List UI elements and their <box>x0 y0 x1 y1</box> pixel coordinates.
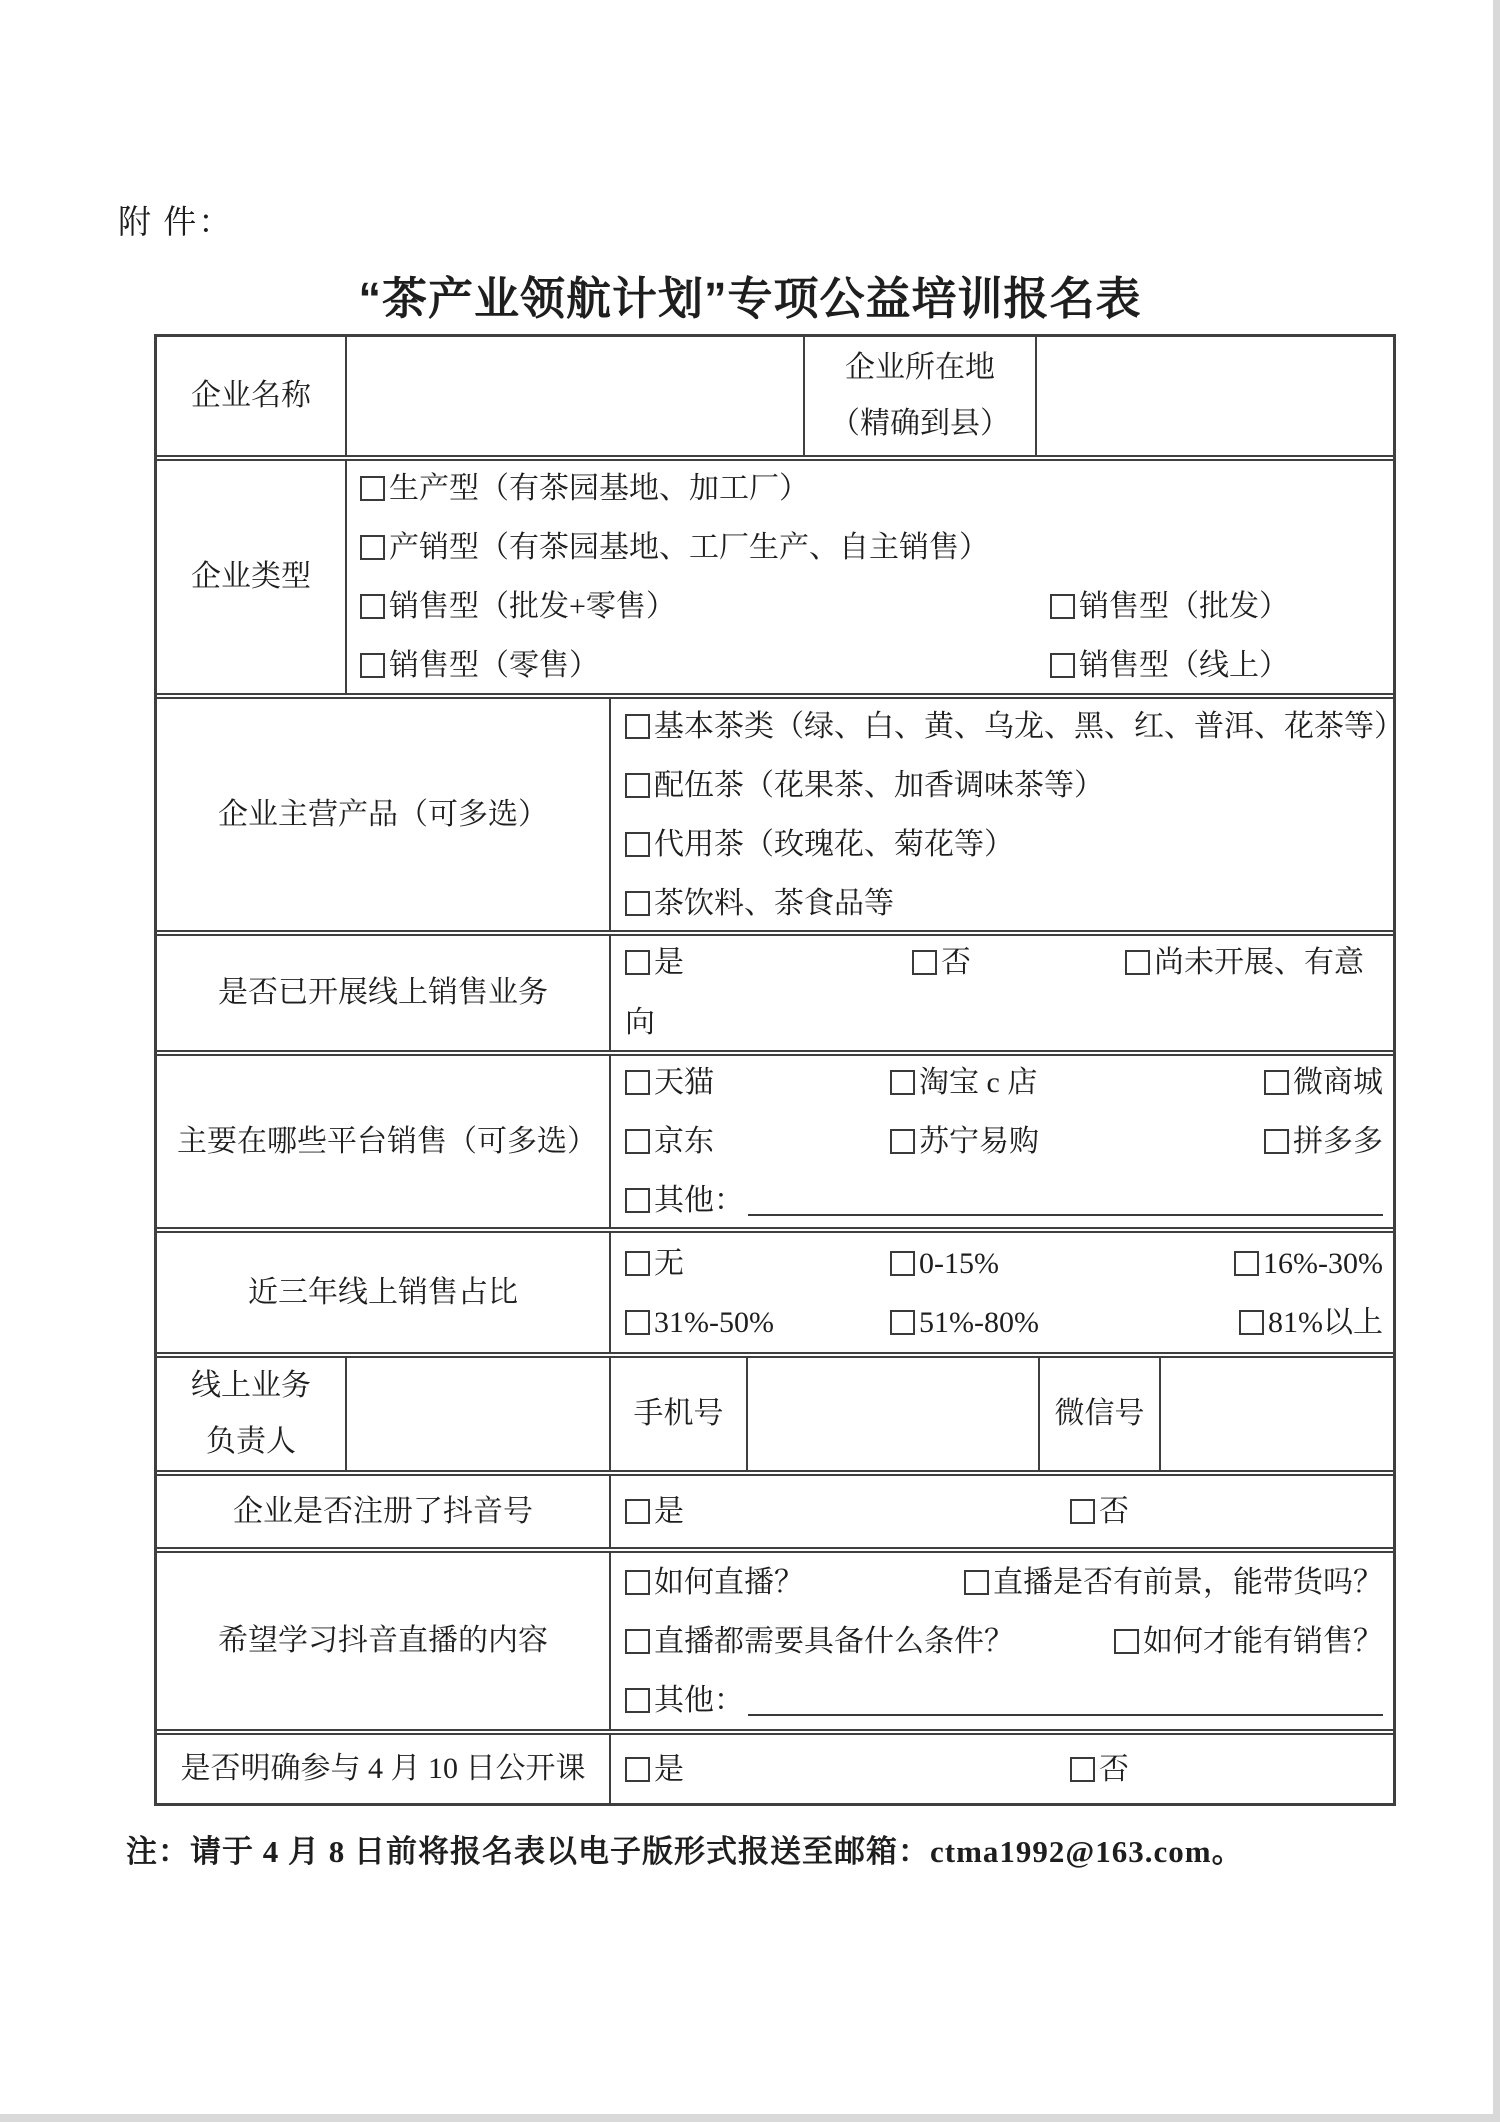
option-label: 销售型（批发+零售） <box>389 590 676 623</box>
checkbox-icon[interactable] <box>625 773 650 798</box>
checkbox-icon[interactable] <box>360 476 385 501</box>
option-line: 产销型（有茶园基地、工厂生产、自主销售） <box>347 518 1393 577</box>
option-line: 生产型（有茶园基地、加工厂） <box>347 461 1393 518</box>
checkbox-icon[interactable] <box>890 1129 915 1154</box>
wechat-label: 微信号 <box>1040 1358 1161 1470</box>
row-online-sales-ratio: 近三年线上销售占比 无 0-15% 16%-30% 31%-50% 51%-80… <box>157 1227 1393 1352</box>
option-label: 如何直播？ <box>654 1566 804 1599</box>
option-label: 否 <box>941 946 971 979</box>
option-line: 销售型（批发+零售） 销售型（批发） <box>347 577 1393 636</box>
main-products-label: 企业主营产品（可多选） <box>157 699 611 930</box>
footer-note: 注：请于 4 月 8 日前将报名表以电子版形式报送至邮箱：ctma1992@16… <box>126 1826 1244 1871</box>
checkbox-icon[interactable] <box>964 1570 989 1595</box>
option-line-other: 其他： <box>611 1671 1393 1730</box>
company-name-input[interactable] <box>347 337 805 455</box>
row-online-manager: 线上业务 负责人 手机号 微信号 <box>157 1352 1393 1470</box>
online-sales-ratio-options: 无 0-15% 16%-30% 31%-50% 51%-80% 81%以上 <box>611 1233 1393 1352</box>
row-douyin-account: 企业是否注册了抖音号 是 否 <box>157 1470 1393 1547</box>
option-label: 31%-50% <box>654 1306 774 1339</box>
open-class-label: 是否明确参与 4 月 10 日公开课 <box>157 1735 611 1803</box>
option-label: 直播都需要具备什么条件？ <box>654 1625 1014 1658</box>
checkbox-icon[interactable] <box>890 1070 915 1095</box>
option-label: 无 <box>654 1247 684 1280</box>
option-item: 51%-80% <box>890 1293 1039 1352</box>
row-open-class: 是否明确参与 4 月 10 日公开课 是 否 <box>157 1729 1393 1803</box>
checkbox-icon[interactable] <box>1264 1129 1289 1154</box>
option-line: 配伍茶（花果茶、加香调味茶等） <box>611 756 1393 815</box>
checkbox-icon[interactable] <box>625 714 650 739</box>
option-line: 如何直播？ 直播是否有前景，能带货吗？ <box>611 1553 1393 1612</box>
option-label: 茶饮料、茶食品等 <box>654 887 894 920</box>
option-label: 销售型（零售） <box>389 649 599 682</box>
checkbox-icon[interactable] <box>1050 653 1075 678</box>
option-item: 拼多多 <box>1264 1112 1383 1171</box>
option-line: 直播都需要具备什么条件？ 如何才能有销售？ <box>611 1612 1393 1671</box>
online-sales-label: 是否已开展线上销售业务 <box>157 936 611 1050</box>
sales-platforms-label: 主要在哪些平台销售（可多选） <box>157 1056 611 1227</box>
option-label: 基本茶类（绿、白、黄、乌龙、黑、红、普洱、花茶等） <box>654 710 1393 743</box>
option-line: 天猫 淘宝 c 店 微商城 <box>611 1056 1393 1112</box>
checkbox-icon[interactable] <box>625 1310 650 1335</box>
manager-name-input[interactable] <box>347 1358 611 1470</box>
option-label: 代用茶（玫瑰花、菊花等） <box>654 828 1014 861</box>
checkbox-icon[interactable] <box>890 1310 915 1335</box>
other-fill-line[interactable] <box>748 1214 1383 1216</box>
main-products-options: 基本茶类（绿、白、黄、乌龙、黑、红、普洱、花茶等） 配伍茶（花果茶、加香调味茶等… <box>611 699 1393 930</box>
manager-label: 线上业务 负责人 <box>157 1358 347 1470</box>
option-label: 产销型（有茶园基地、工厂生产、自主销售） <box>389 531 989 564</box>
option-item: 81%以上 <box>1239 1293 1383 1352</box>
option-item: 其他： <box>625 1171 744 1227</box>
option-label: 其他： <box>654 1184 744 1217</box>
row-company-name: 企业名称 企业所在地 （精确到县） <box>157 337 1393 455</box>
option-item: 0-15% <box>890 1234 999 1293</box>
option-line: 京东 苏宁易购 拼多多 <box>611 1112 1393 1171</box>
other-fill-line[interactable] <box>748 1714 1383 1716</box>
checkbox-icon[interactable] <box>625 891 650 916</box>
checkbox-icon[interactable] <box>360 535 385 560</box>
option-line: 31%-50% 51%-80% 81%以上 <box>611 1293 1393 1352</box>
checkbox-icon[interactable] <box>625 1688 650 1713</box>
option-line: 是否尚未开展、有意向 <box>611 936 1393 1050</box>
row-sales-platforms: 主要在哪些平台销售（可多选） 天猫 淘宝 c 店 微商城 京东 苏宁易购 拼多多… <box>157 1050 1393 1227</box>
checkbox-icon[interactable] <box>1264 1070 1289 1095</box>
option-label: 直播是否有前景，能带货吗？ <box>993 1566 1383 1599</box>
checkbox-icon[interactable] <box>1125 950 1150 975</box>
checkbox-icon[interactable] <box>625 1188 650 1213</box>
checkbox-icon[interactable] <box>625 1251 650 1276</box>
option-label: 配伍茶（花果茶、加香调味茶等） <box>654 769 1104 802</box>
spacer <box>971 970 1125 972</box>
option-line: 销售型（零售） 销售型（线上） <box>347 636 1393 693</box>
option-label: 微商城 <box>1293 1066 1383 1099</box>
checkbox-icon[interactable] <box>1070 1757 1095 1782</box>
option-label: 如何才能有销售？ <box>1143 1625 1383 1658</box>
douyin-label: 企业是否注册了抖音号 <box>157 1476 611 1547</box>
option-item: 其他： <box>625 1671 744 1730</box>
page-title: “茶产业领航计划”专项公益培训报名表 <box>0 262 1500 327</box>
option-label: 16%-30% <box>1263 1247 1383 1280</box>
online-sales-options: 是否尚未开展、有意向 <box>611 936 1393 1050</box>
checkbox-icon[interactable] <box>625 1070 650 1095</box>
checkbox-icon[interactable] <box>890 1251 915 1276</box>
company-location-label: 企业所在地 （精确到县） <box>805 337 1037 455</box>
checkbox-icon[interactable] <box>625 1757 650 1782</box>
registration-form-table: 企业名称 企业所在地 （精确到县） 企业类型 生产型（有茶园基地、加工厂） 产销… <box>154 334 1396 1806</box>
option-line: 代用茶（玫瑰花、菊花等） <box>611 815 1393 874</box>
option-label: 京东 <box>654 1125 714 1158</box>
option-label: 尚未开展、有意向 <box>625 946 1364 1039</box>
checkbox-icon[interactable] <box>360 653 385 678</box>
row-main-products: 企业主营产品（可多选） 基本茶类（绿、白、黄、乌龙、黑、红、普洱、花茶等） 配伍… <box>157 693 1393 930</box>
spacer <box>684 970 912 972</box>
checkbox-icon[interactable] <box>1234 1251 1259 1276</box>
live-content-label: 希望学习抖音直播的内容 <box>157 1553 611 1729</box>
checkbox-icon[interactable] <box>625 950 650 975</box>
option-label: 是 <box>654 1495 684 1528</box>
wechat-input[interactable] <box>1161 1358 1393 1470</box>
option-item: 如何直播？ <box>625 1553 804 1612</box>
option-item: 销售型（批发） <box>1050 577 1289 636</box>
company-type-label: 企业类型 <box>157 461 347 693</box>
checkbox-icon[interactable] <box>625 1570 650 1595</box>
option-line: 是 否 <box>611 1740 1393 1799</box>
option-item: 否 <box>1070 1482 1129 1541</box>
option-label: 销售型（线上） <box>1079 649 1289 682</box>
row-online-sales-status: 是否已开展线上销售业务 是否尚未开展、有意向 <box>157 930 1393 1050</box>
checkbox-icon[interactable] <box>625 1129 650 1154</box>
live-content-options: 如何直播？ 直播是否有前景，能带货吗？ 直播都需要具备什么条件？ 如何才能有销售… <box>611 1553 1393 1729</box>
checkbox-icon[interactable] <box>1050 594 1075 619</box>
option-label: 其他： <box>654 1684 744 1717</box>
option-label: 生产型（有茶园基地、加工厂） <box>389 472 809 505</box>
attachment-label: 附 件： <box>118 196 233 243</box>
open-class-options: 是 否 <box>611 1735 1393 1803</box>
option-item: 销售型（线上） <box>1050 636 1289 693</box>
option-item: 微商城 <box>1264 1056 1383 1112</box>
company-name-label: 企业名称 <box>157 337 347 455</box>
checkbox-icon[interactable] <box>1070 1499 1095 1524</box>
option-label: 天猫 <box>654 1066 714 1099</box>
option-label: 51%-80% <box>919 1306 1039 1339</box>
option-item: 16%-30% <box>1234 1234 1383 1293</box>
checkbox-icon[interactable] <box>360 594 385 619</box>
option-label: 是 <box>654 1753 684 1786</box>
sales-platforms-options: 天猫 淘宝 c 店 微商城 京东 苏宁易购 拼多多 其他： <box>611 1056 1393 1227</box>
option-label: 81%以上 <box>1268 1306 1383 1339</box>
phone-input[interactable] <box>748 1358 1040 1470</box>
option-item: 苏宁易购 <box>890 1112 1039 1171</box>
option-line: 是 否 <box>611 1482 1393 1541</box>
option-label: 苏宁易购 <box>919 1125 1039 1158</box>
option-line-other: 其他： <box>611 1171 1393 1227</box>
option-line: 无 0-15% 16%-30% <box>611 1234 1393 1293</box>
page-root: { "page": { "attachment_label": "附 件：", … <box>0 0 1500 2122</box>
phone-label: 手机号 <box>611 1358 748 1470</box>
option-label: 否 <box>1099 1495 1129 1528</box>
row-company-type: 企业类型 生产型（有茶园基地、加工厂） 产销型（有茶园基地、工厂生产、自主销售）… <box>157 455 1393 693</box>
douyin-options: 是 否 <box>611 1476 1393 1547</box>
row-live-content: 希望学习抖音直播的内容 如何直播？ 直播是否有前景，能带货吗？ 直播都需要具备什… <box>157 1547 1393 1729</box>
option-line: 基本茶类（绿、白、黄、乌龙、黑、红、普洱、花茶等） <box>611 699 1393 756</box>
checkbox-icon[interactable] <box>625 832 650 857</box>
option-item: 直播都需要具备什么条件？ <box>625 1612 1014 1671</box>
option-item: 直播是否有前景，能带货吗？ <box>964 1553 1383 1612</box>
option-label: 淘宝 c 店 <box>919 1066 1037 1099</box>
company-type-options: 生产型（有茶园基地、加工厂） 产销型（有茶园基地、工厂生产、自主销售） 销售型（… <box>347 461 1393 693</box>
company-location-input[interactable] <box>1037 337 1393 455</box>
checkbox-icon[interactable] <box>1239 1310 1264 1335</box>
checkbox-icon[interactable] <box>625 1629 650 1654</box>
online-sales-ratio-label: 近三年线上销售占比 <box>157 1233 611 1352</box>
option-item: 否 <box>1070 1740 1129 1799</box>
option-label: 是 <box>654 946 684 979</box>
checkbox-icon[interactable] <box>625 1499 650 1524</box>
option-item: 如何才能有销售？ <box>1114 1612 1383 1671</box>
option-line: 茶饮料、茶食品等 <box>611 874 1393 931</box>
option-item: 淘宝 c 店 <box>890 1056 1037 1112</box>
checkbox-icon[interactable] <box>1114 1629 1139 1654</box>
option-label: 否 <box>1099 1753 1129 1786</box>
option-label: 拼多多 <box>1293 1125 1383 1158</box>
option-label: 销售型（批发） <box>1079 590 1289 623</box>
option-label: 0-15% <box>919 1247 999 1280</box>
page-edge-right <box>1493 0 1500 2122</box>
checkbox-icon[interactable] <box>912 950 937 975</box>
page-edge-bottom <box>0 2114 1500 2122</box>
